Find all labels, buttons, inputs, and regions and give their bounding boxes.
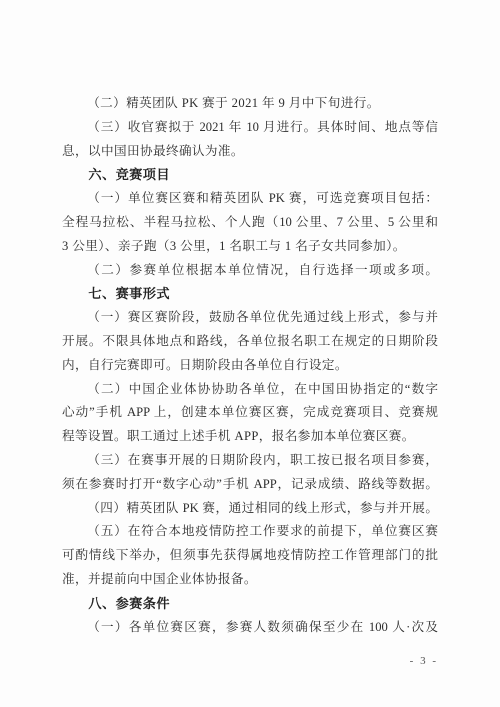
document-line: 息，以中国田协最终确认为准。 <box>62 140 438 164</box>
document-line: 准，并提前向中国企业体协报备。 <box>62 568 438 592</box>
section-heading: 八、参赛条件 <box>62 592 438 616</box>
document-line: 开展。不限具体地点和路线，各单位报名职工在规定的日期阶段 <box>62 330 438 354</box>
document-line: （五）在符合本地疫情防控工作要求的前提下，单位赛区赛 <box>62 520 438 544</box>
document-line: （三）收官赛拟于 2021 年 10 月进行。具体时间、地点等信 <box>62 116 438 140</box>
section-heading: 六、竞赛项目 <box>62 163 438 187</box>
page-number: - 3 - <box>410 655 438 667</box>
document-line: 内，自行完赛即可。日期阶段由各单位自行设定。 <box>62 354 438 378</box>
document-line: 须在参赛时打开“数字心动”手机 APP，记录成绩、路线等数据。 <box>62 473 438 497</box>
document-text-block: （二）精英团队 PK 赛于 2021 年 9 月中下旬进行。 （三）收官赛拟于 … <box>62 92 438 639</box>
document-line: （一）单位赛区赛和精英团队 PK 赛，可选竞赛项目包括： <box>62 187 438 211</box>
section-heading: 七、赛事形式 <box>62 282 438 306</box>
document-line: （二）精英团队 PK 赛于 2021 年 9 月中下旬进行。 <box>62 92 438 116</box>
document-page: （二）精英团队 PK 赛于 2021 年 9 月中下旬进行。 （三）收官赛拟于 … <box>0 0 500 707</box>
document-line: 全程马拉松、半程马拉松、个人跑（10 公里、7 公里、5 公里和 <box>62 211 438 235</box>
document-line: 可酌情线下举办，但须事先获得属地疫情防控工作管理部门的批 <box>62 544 438 568</box>
document-line: （三）在赛事开展的日期阶段内，职工按已报名项目参赛， <box>62 449 438 473</box>
document-line: （一）各单位赛区赛，参赛人数须确保至少在 100 人·次及 <box>62 616 438 640</box>
document-line: （一）赛区赛阶段，鼓励各单位优先通过线上形式，参与并 <box>62 306 438 330</box>
document-line: 心动”手机 APP 上，创建本单位赛区赛，完成竞赛项目、竞赛规 <box>62 401 438 425</box>
document-line: 程等设置。职工通过上述手机 APP，报名参加本单位赛区赛。 <box>62 425 438 449</box>
document-line: （二）中国企业体协协助各单位，在中国田协指定的“数字 <box>62 378 438 402</box>
document-line: （二）参赛单位根据本单位情况，自行选择一项或多项。 <box>62 259 438 283</box>
document-line: （四）精英团队 PK 赛，通过相同的线上形式，参与并开展。 <box>62 497 438 521</box>
document-line: 3 公里）、亲子跑（3 公里，1 名职工与 1 名子女共同参加）。 <box>62 235 438 259</box>
